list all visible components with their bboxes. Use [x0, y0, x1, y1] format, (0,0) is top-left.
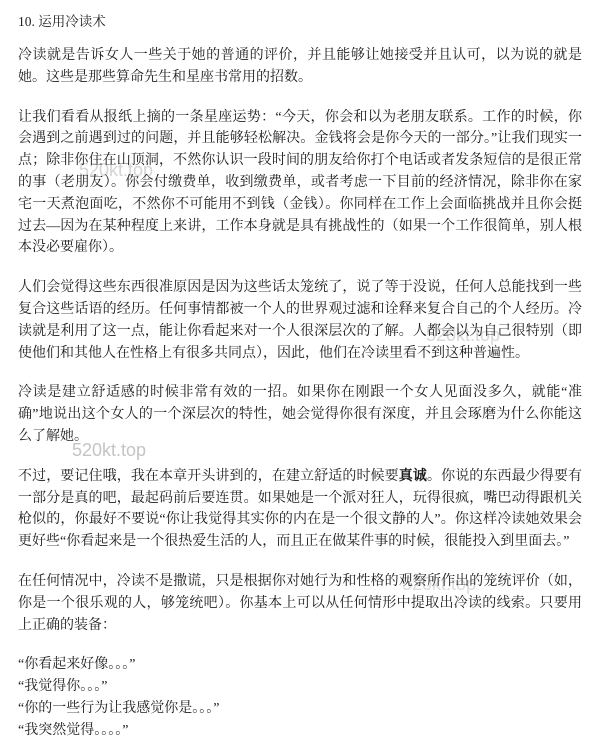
- paragraph-horoscope-example: 让我们看看从报纸上摘的一条星座运势：“今天，你会和以为老朋友联系。工作的时候，你…: [18, 107, 582, 260]
- paragraph-sincerity: 不过，要记住哦，我在本章开头讲到的，在建立舒适的时候要真诚。你说的东西最少得要有…: [18, 466, 582, 553]
- paragraph-why-it-works: 人们会觉得这些东西很准原因是因为这些话太笼统了，说了等于没说，任何人总能找到一些…: [18, 277, 582, 364]
- paragraph-not-lying: 在任何情况中，冷读不是撒谎，只是根据你对她行为和性格的观察所作出的笼统评价（如，…: [18, 571, 582, 636]
- paragraph-cold-reading-intro: 冷读就是告诉女人一些关于她的普通的评价，并且能够让她接受并且认可，以为说的就是她…: [18, 45, 582, 89]
- quote-line-3: “你的一些行为让我感觉你是。。。”: [18, 698, 582, 720]
- document-content: 10. 运用冷读术 冷读就是告诉女人一些关于她的普通的评价，并且能够让她接受并且…: [18, 12, 582, 742]
- emphasis-sincerity: 真诚: [399, 469, 427, 484]
- quote-list: “你看起来好像。。。” “我觉得你。。。” “你的一些行为让我感觉你是。。。” …: [18, 654, 582, 741]
- section-title: 10. 运用冷读术: [18, 12, 582, 32]
- quote-line-1: “你看起来好像。。。”: [18, 654, 582, 676]
- document-page: 520kt.top 520kt.top 520kt.top 520kt.top …: [0, 0, 600, 748]
- quote-line-4: “我突然觉得。。。。”: [18, 720, 582, 742]
- paragraph-sincerity-text-before: 不过，要记住哦，我在本章开头讲到的，在建立舒适的时候要: [18, 469, 399, 484]
- paragraph-comfort-building: 冷读是建立舒适感的时候非常有效的一招。如果你在刚跟一个女人见面没多久，就能“准确…: [18, 382, 582, 447]
- quote-line-2: “我觉得你。。。”: [18, 676, 582, 698]
